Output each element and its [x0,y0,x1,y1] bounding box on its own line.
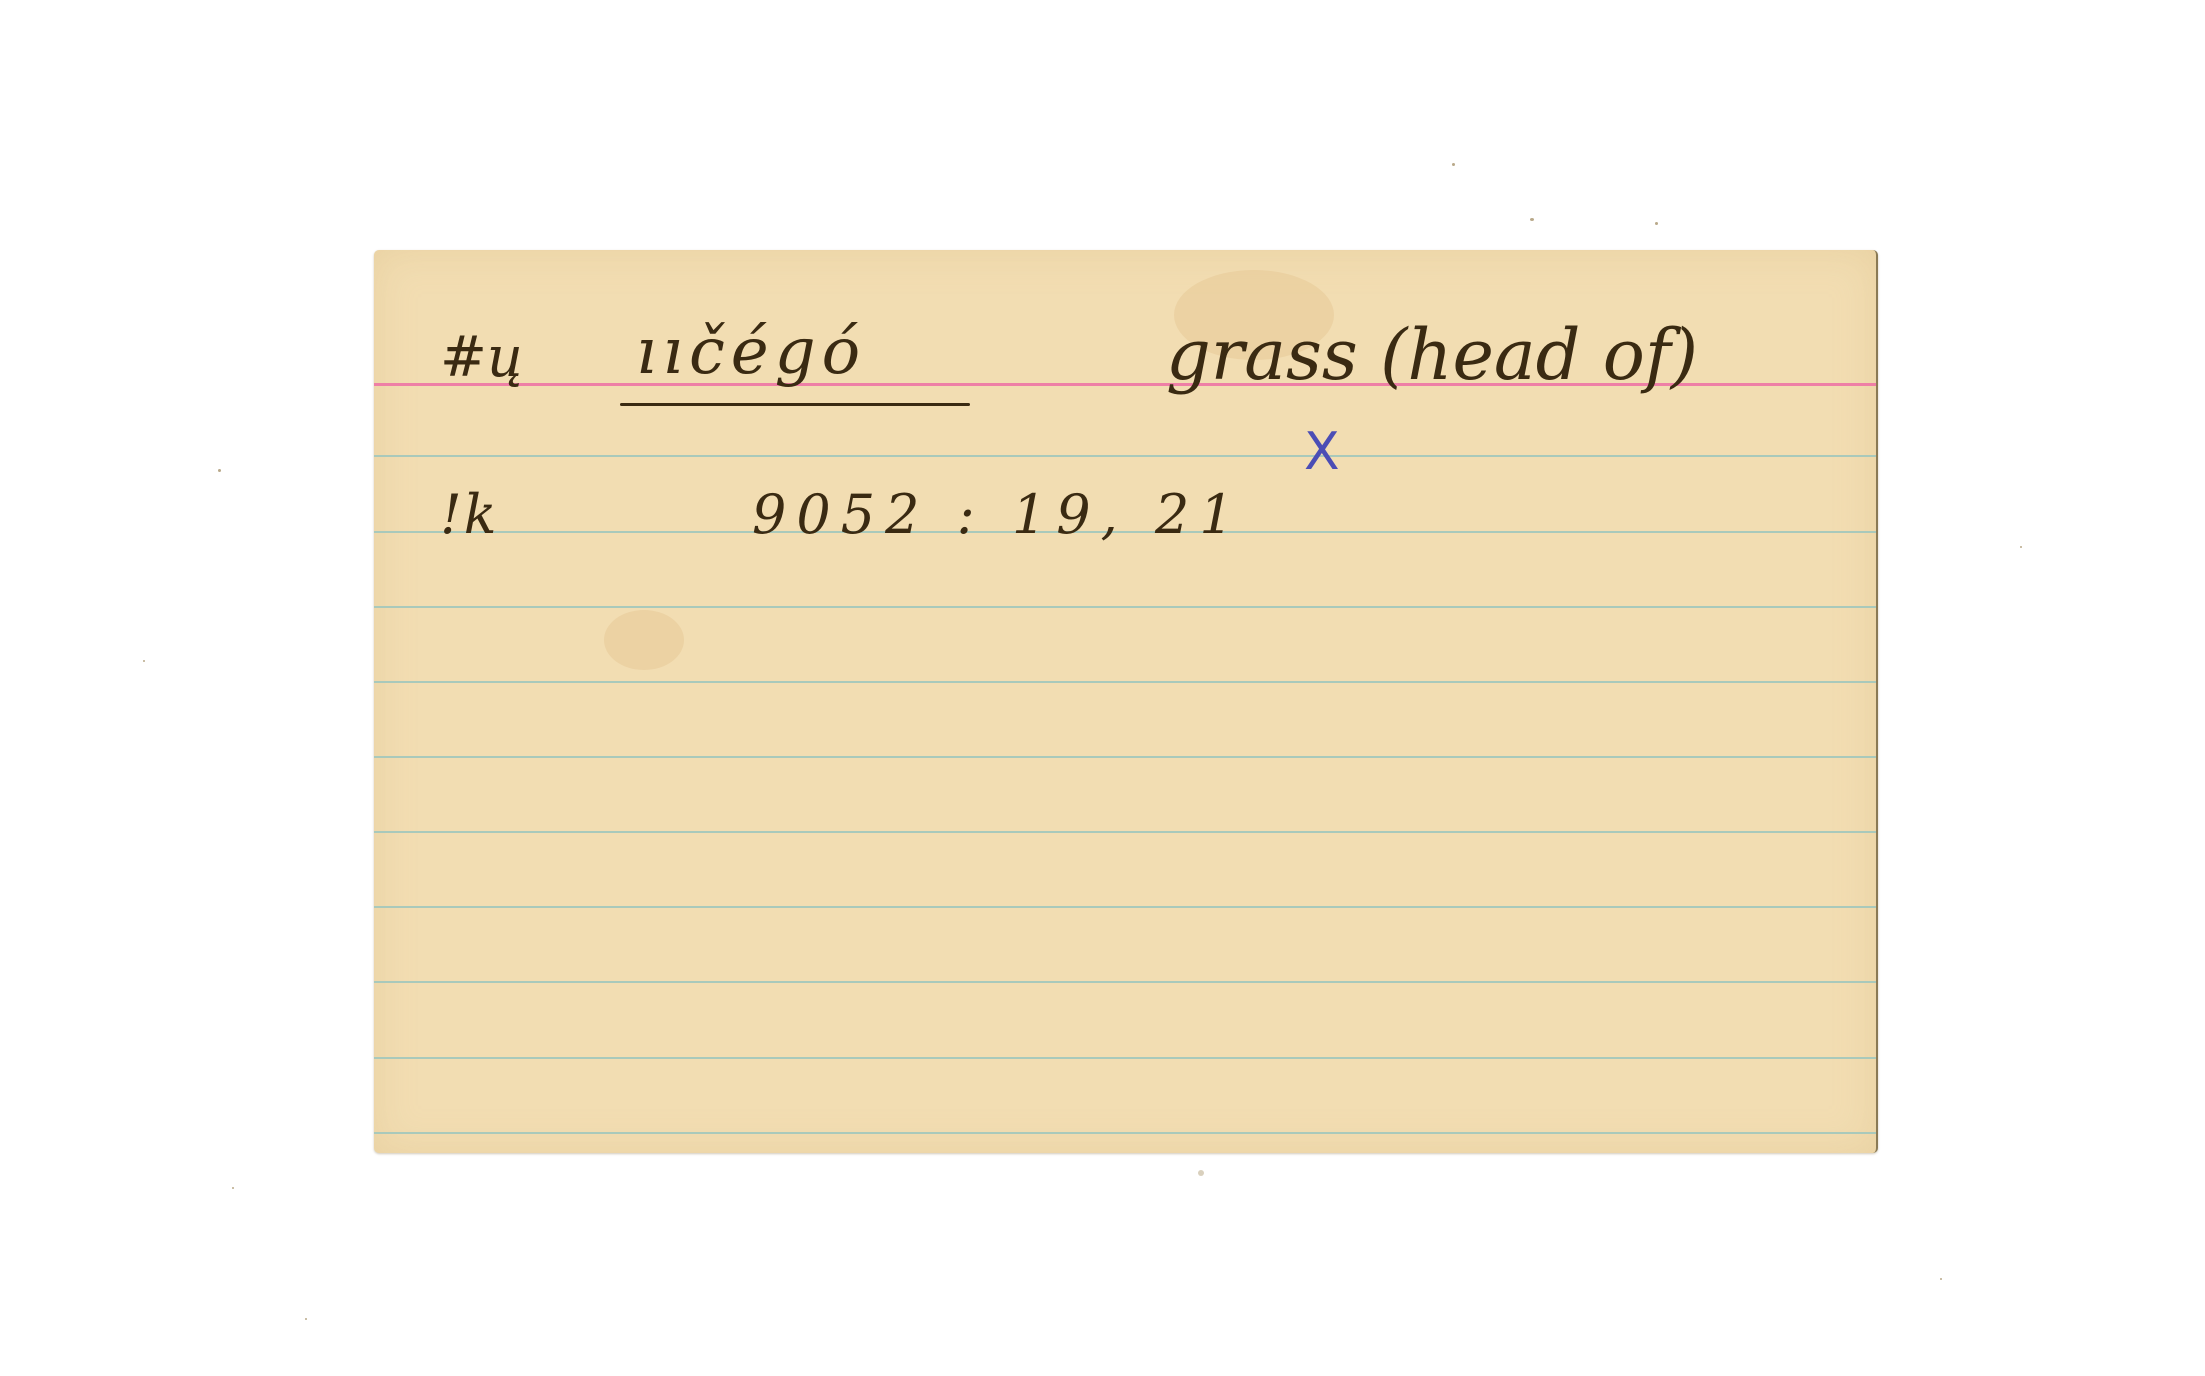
dust-speck [143,660,145,662]
blue-rule-9 [374,1057,1876,1059]
index-card: #ų ııčégó grass (head of) X !k 9052 : 19… [374,250,1878,1153]
blue-rule-1 [374,455,1876,457]
dust-speck [1655,222,1658,225]
blue-rule-6 [374,831,1876,833]
blue-rule-8 [374,981,1876,983]
reference-citation: 9052 : 19, 21 [752,488,1244,542]
blue-rule-10 [374,1132,1876,1134]
dust-speck [1530,218,1534,221]
blue-rule-5 [374,756,1876,758]
blue-rule-4 [374,681,1876,683]
blue-rule-7 [374,906,1876,908]
entry-gloss: grass (head of) [1166,320,1698,390]
paper-stain [604,610,684,670]
dust-speck [1198,1170,1204,1176]
dust-speck [2020,546,2022,548]
blue-rule-3 [374,606,1876,608]
dust-speck [1452,163,1455,166]
dust-speck [1940,1278,1942,1280]
entry-prefix: #ų [440,330,523,386]
entry-headword: ııčégó [636,320,866,384]
blue-check-mark: X [1304,426,1340,478]
dust-speck [232,1187,234,1189]
dust-speck [305,1318,307,1320]
dust-speck [218,469,221,472]
reference-source: !k [440,488,498,542]
headword-underline [620,403,970,406]
